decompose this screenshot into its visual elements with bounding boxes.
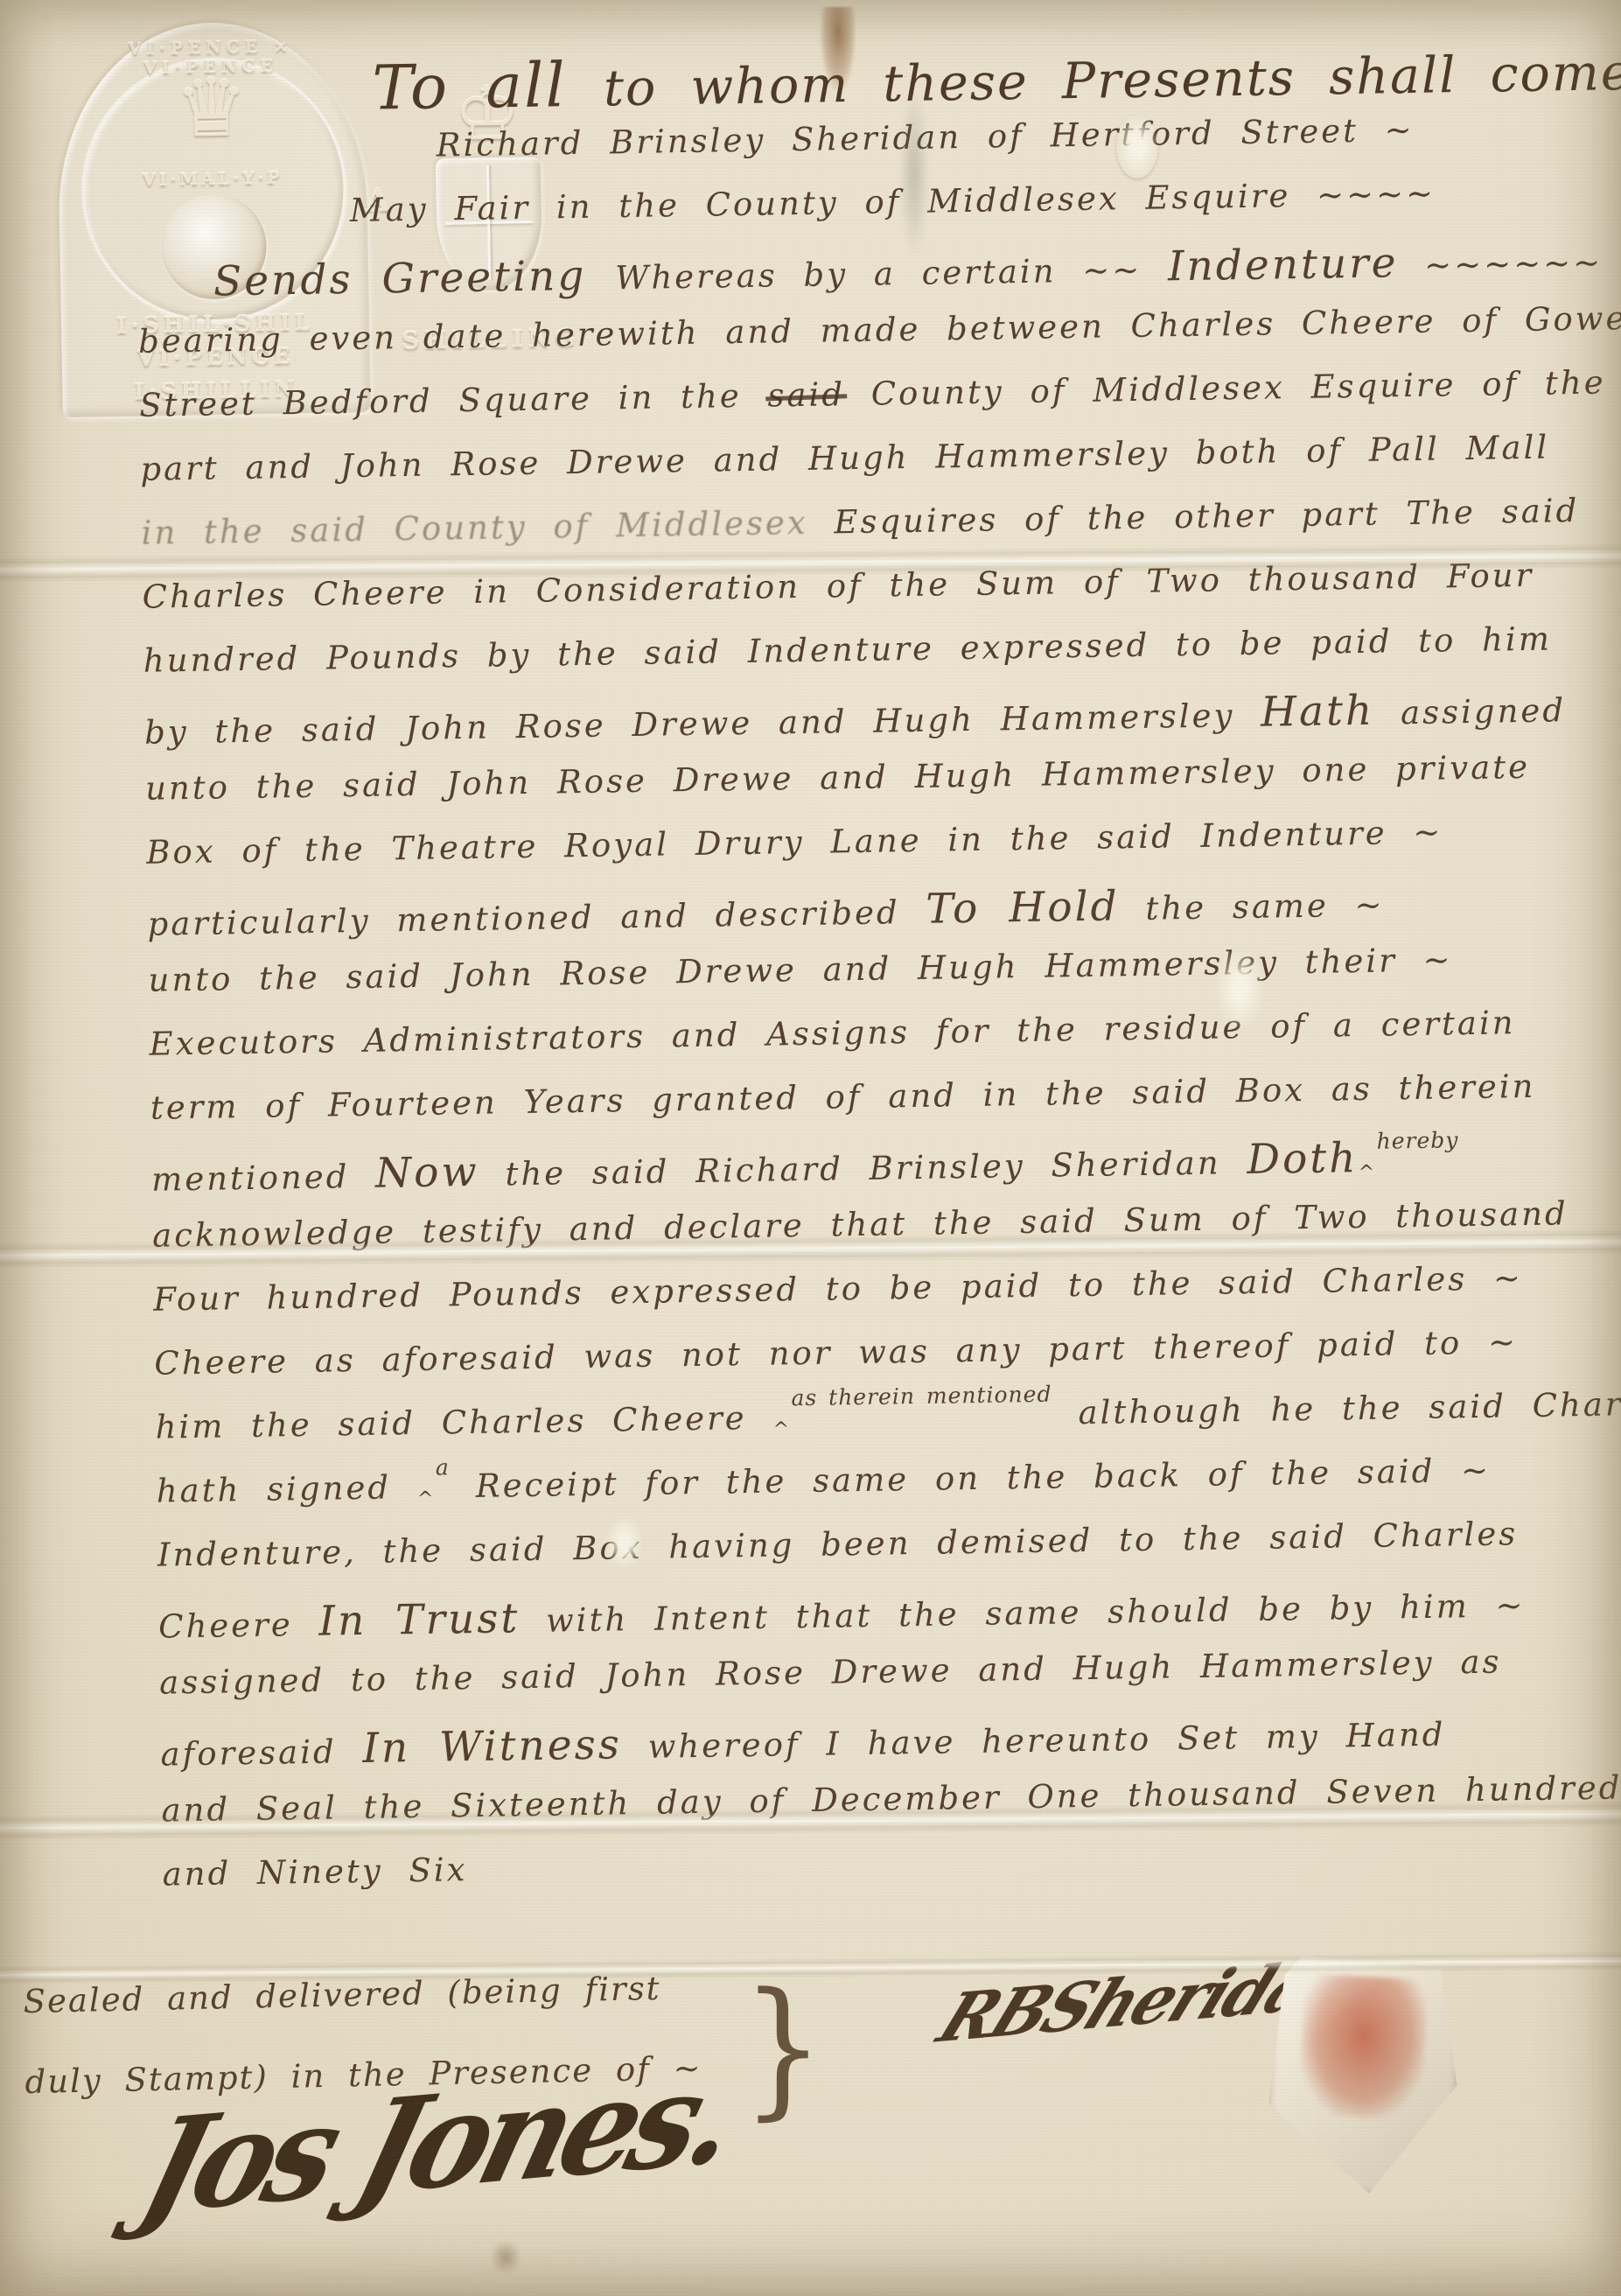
text-segment: aforesaid [160, 1732, 363, 1774]
text-segment: hereby [1376, 1127, 1458, 1153]
text-segment: to whom these Presents shall come [604, 44, 1621, 117]
text-segment: In Trust [318, 1594, 521, 1646]
text-segment: To all [372, 48, 604, 123]
document-lines: To all to whom these Presents shall come… [127, 32, 1621, 1920]
text-segment: by the said John Rose Drewe and Hugh Ham… [144, 696, 1261, 752]
text-segment: mentioned [151, 1158, 376, 1199]
attestation-brace: } [742, 1961, 824, 2134]
text-segment: Whereas by a certain ~~ [615, 250, 1168, 297]
text-segment: To Hold [926, 882, 1120, 933]
text-segment: as therein mentioned [791, 1382, 1052, 1411]
text-segment: ~~~~~~ [1398, 244, 1603, 285]
text-segment: Cheere [158, 1606, 319, 1646]
text-segment: Sends Greeting [213, 251, 616, 305]
text-segment: the said Richard Brinsley Sheridan [479, 1144, 1247, 1193]
text-segment: ^ [1359, 1162, 1378, 1184]
text-segment: particularly mentioned and described [147, 893, 926, 943]
seal-paper-edge [1264, 1954, 1464, 2198]
text-segment: said [767, 375, 845, 414]
text-segment: and Ninety Six [162, 1851, 467, 1893]
manuscript-page: VI·PENCE × VI·PENCE ♛ VI·MAL·Y·P I·SHIL·… [0, 0, 1621, 2296]
text-segment: with Intent that the same should be by h… [520, 1586, 1526, 1640]
wax-seal [1264, 1954, 1464, 2198]
text-segment: whereof I have hereunto Set my Hand [622, 1716, 1446, 1767]
document-body: To all to whom these Presents shall come… [127, 32, 1621, 1920]
text-segment: ^ [772, 1418, 792, 1440]
text-segment: ^ [417, 1488, 437, 1510]
text-segment: Doth [1247, 1134, 1359, 1184]
text-segment: assigned [1374, 691, 1566, 731]
text-segment: a [436, 1454, 450, 1480]
text-segment: hath signed [156, 1468, 417, 1510]
text-segment: Now [375, 1148, 480, 1198]
attestation-line: Sealed and delivered (being first [23, 1969, 702, 2063]
text-segment: the same ~ [1119, 886, 1385, 928]
foxing-spot [490, 2240, 521, 2275]
text-segment: In Witness [362, 1720, 622, 1773]
text-segment: Indenture [1168, 239, 1399, 290]
text-segment: Hath [1261, 687, 1375, 737]
